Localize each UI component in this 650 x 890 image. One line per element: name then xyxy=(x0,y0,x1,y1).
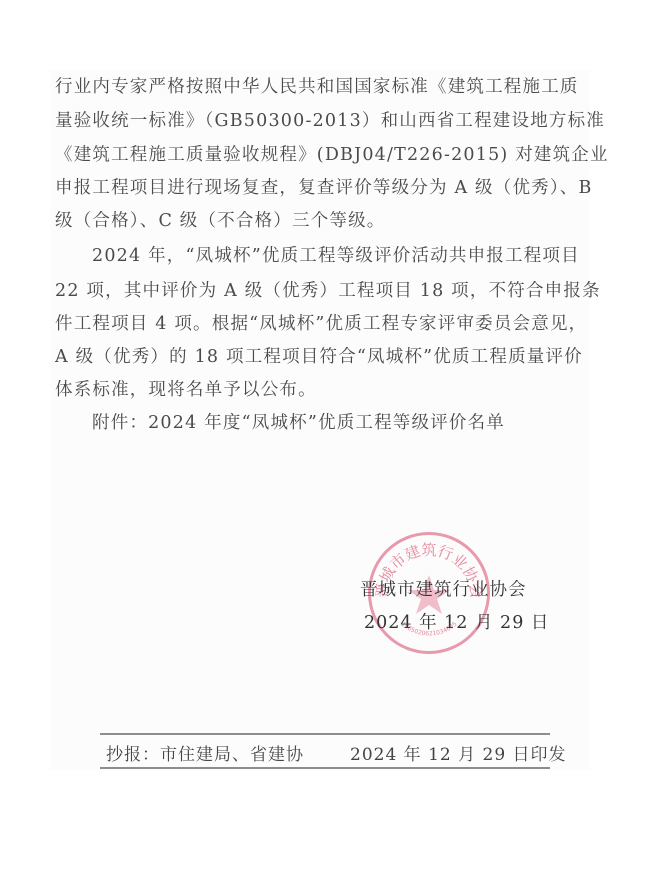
footer-rule-bottom xyxy=(100,767,550,769)
footer-issued-date: 2024 年 12 月 29 日印发 xyxy=(350,740,567,765)
footer-rule-top xyxy=(100,733,550,735)
paragraph-line: 体系标准，现将名单予以公布。 xyxy=(55,379,535,401)
paragraph-line: 2024 年，“凤城杯”优质工程等级评价活动共申报工程项目 xyxy=(92,245,572,267)
paragraph-line: 申报工程项目进行现场复查，复查评价等级分为 A 级（优秀）、B xyxy=(55,177,535,199)
footer-cc: 抄报：市住建局、省建协 xyxy=(106,740,304,765)
paragraph-line: 行业内专家严格按照中华人民共和国国家标准《建筑工程施工质 xyxy=(55,76,535,98)
paragraph-line: 量验收统一标准》（GB50300-2013）和山西省工程建设地方标准 xyxy=(55,110,535,132)
paragraph-line: 级（合格）、C 级（不合格）三个等级。 xyxy=(55,210,535,232)
paragraph-line: 22 项，其中评价为 A 级（优秀）工程项目 18 项，不符合申报条 xyxy=(55,280,535,302)
attachment-line: 附件：2024 年度“凤城杯”优质工程等级评价名单 xyxy=(92,412,572,434)
paragraph-line: 件工程项目 4 项。根据“凤城杯”优质工程专家评审委员会意见， xyxy=(55,313,535,335)
signature-date: 2024 年 12 月 29 日 xyxy=(364,609,549,634)
signature-organization: 晋城市建筑行业协会 xyxy=(360,576,527,601)
paragraph-line: 《建筑工程施工质量验收规程》(DBJ04/T226-2015) 对建筑企业 xyxy=(55,144,535,166)
paragraph-line: A 级（优秀）的 18 项工程项目符合“凤城杯”优质工程质量评价 xyxy=(55,346,535,368)
